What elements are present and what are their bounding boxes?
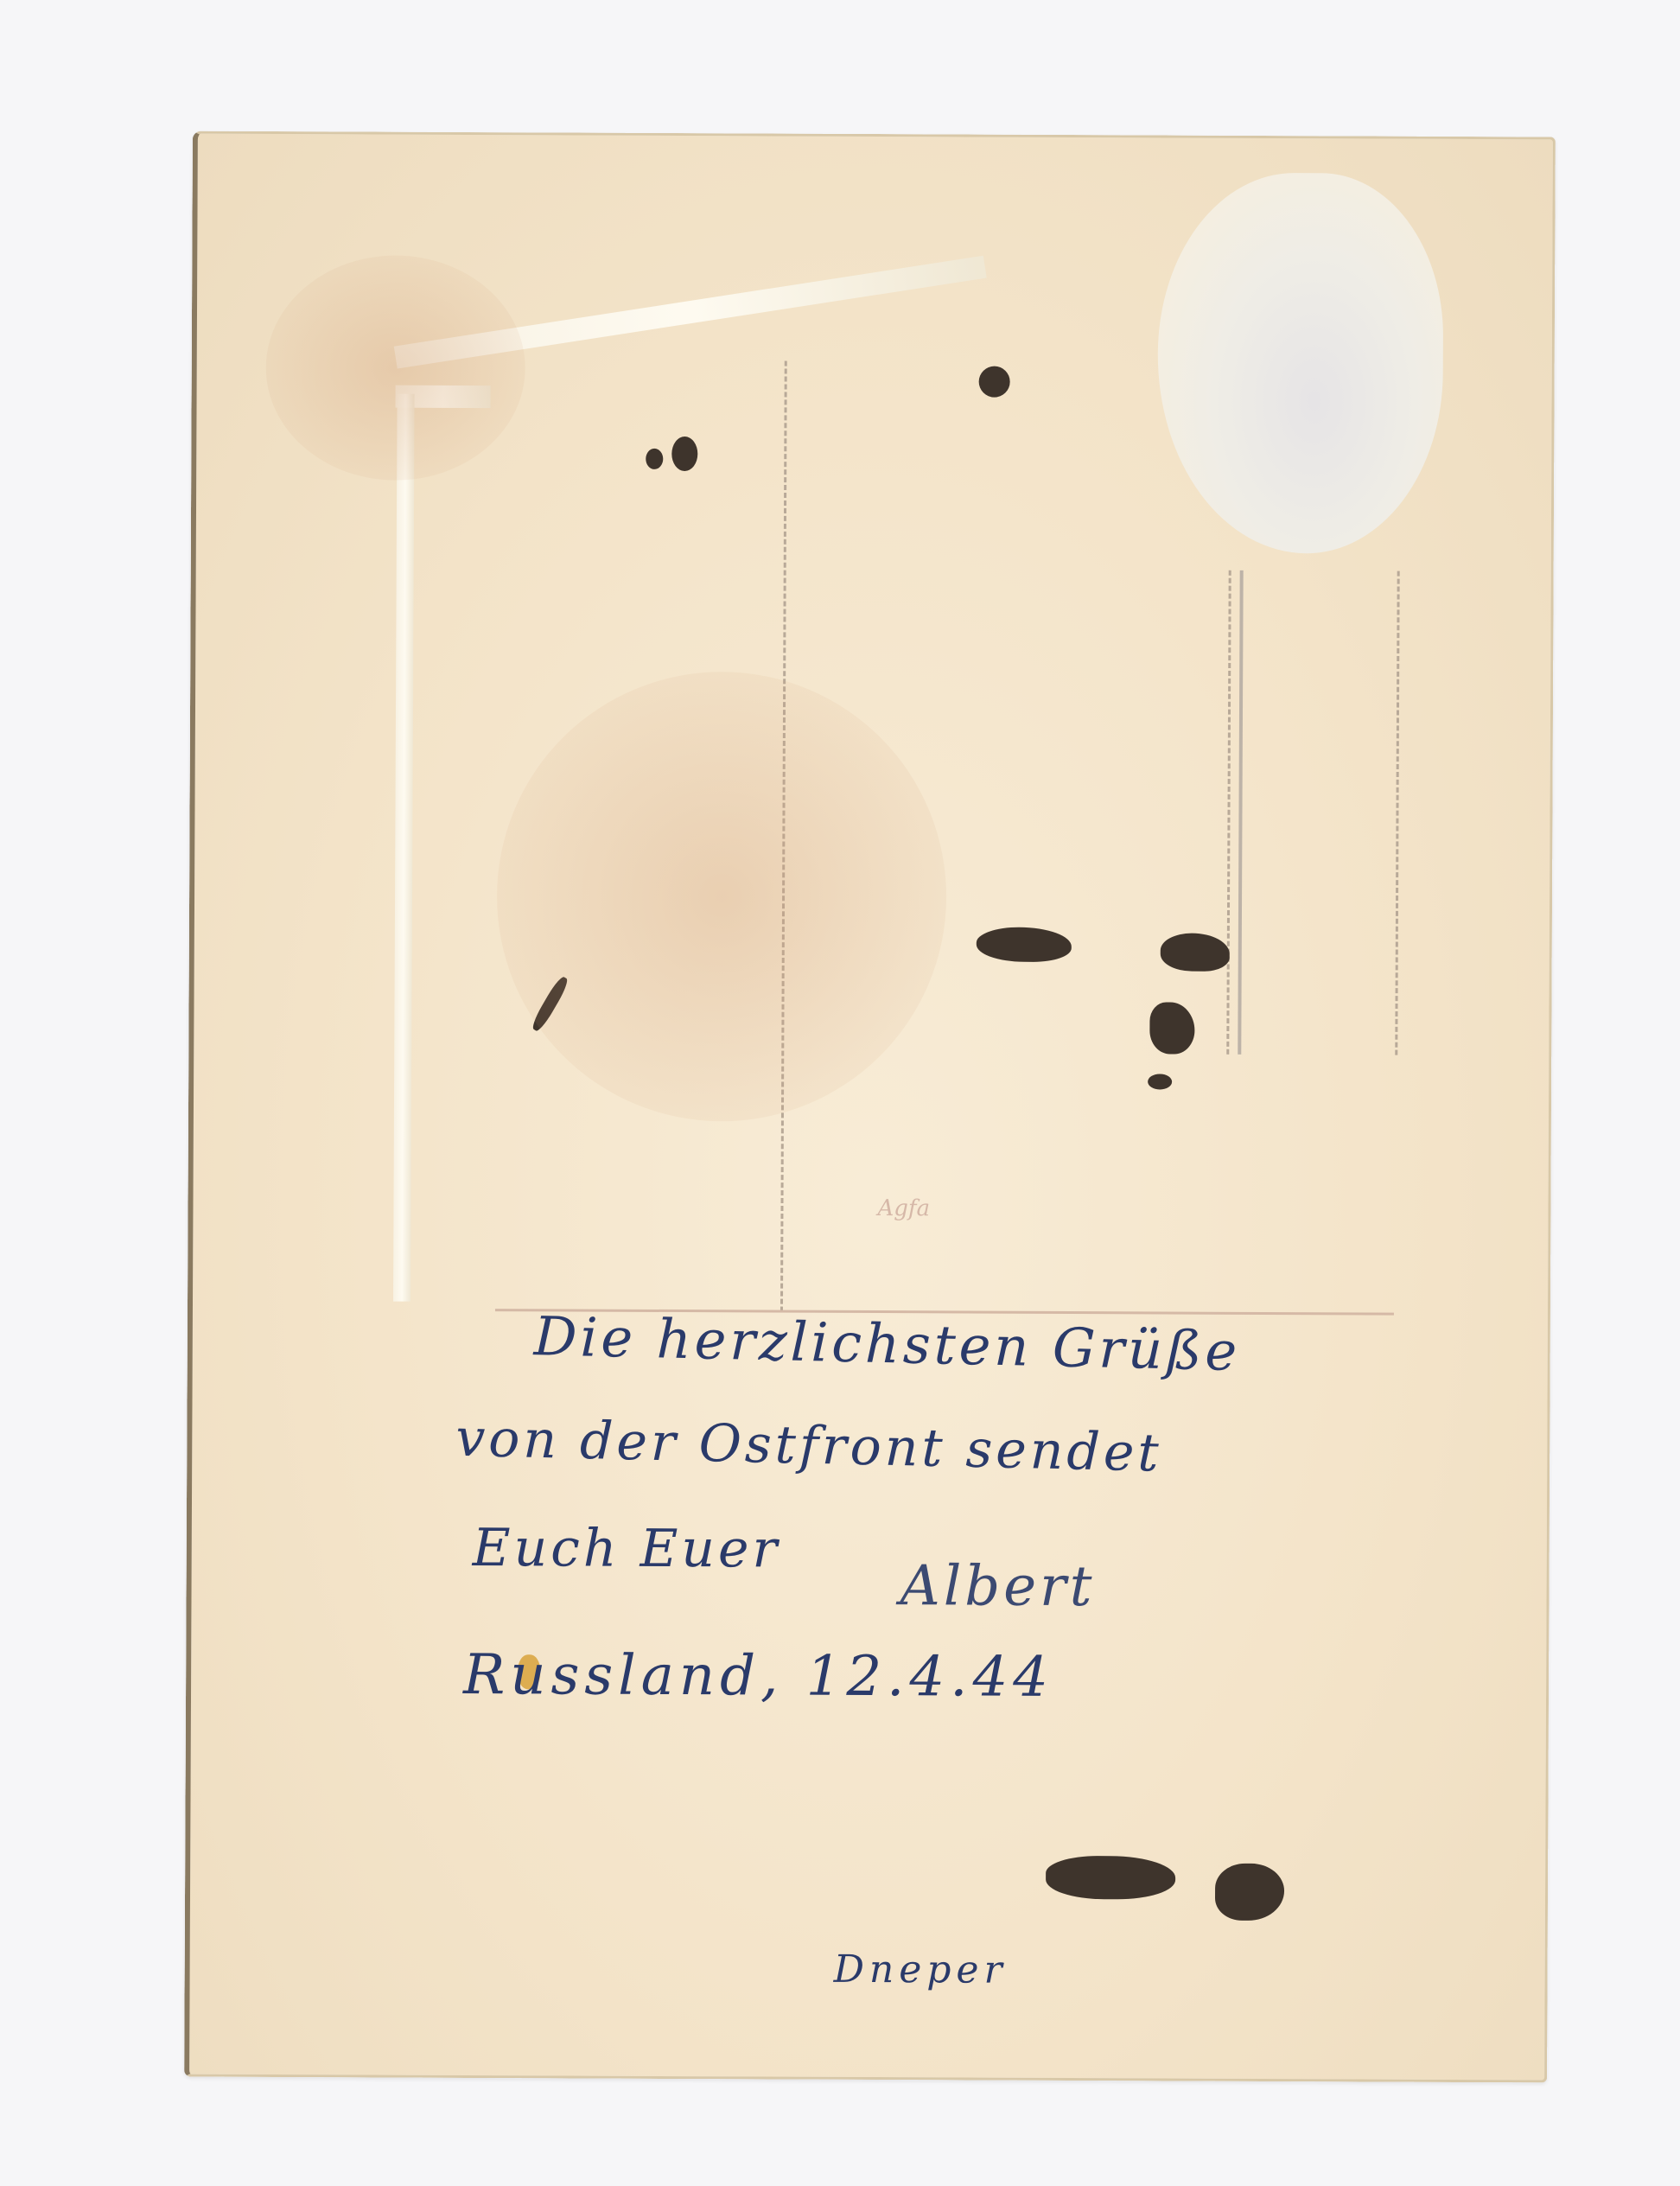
dark-stain (1046, 1856, 1175, 1900)
stamp-area-line-solid (1238, 570, 1243, 1055)
dark-stain (646, 449, 663, 469)
glue-trace-left (393, 394, 415, 1302)
dark-stain (979, 366, 1010, 398)
place-date: Russland, 12.4.44 (463, 1643, 1053, 1710)
stamp-area-line-right (1395, 571, 1399, 1055)
message-line-2: von der Ostfront sendet (455, 1408, 1163, 1484)
brown-stain (496, 671, 947, 1122)
dark-stain (671, 437, 697, 471)
brown-stain (265, 255, 525, 481)
signature: Albert (900, 1554, 1095, 1619)
dark-stain (1215, 1864, 1284, 1921)
location-note: Dneper (834, 1947, 1008, 1992)
dark-stain (1148, 1074, 1172, 1089)
printer-mark: Agfa (877, 1195, 930, 1221)
postcard-back: Agfa Die herzlichsten Grüße von der Ostf… (184, 131, 1556, 2083)
message-line-3: Euch Euer (473, 1518, 781, 1580)
stamp-area-line-left (1226, 570, 1231, 1055)
